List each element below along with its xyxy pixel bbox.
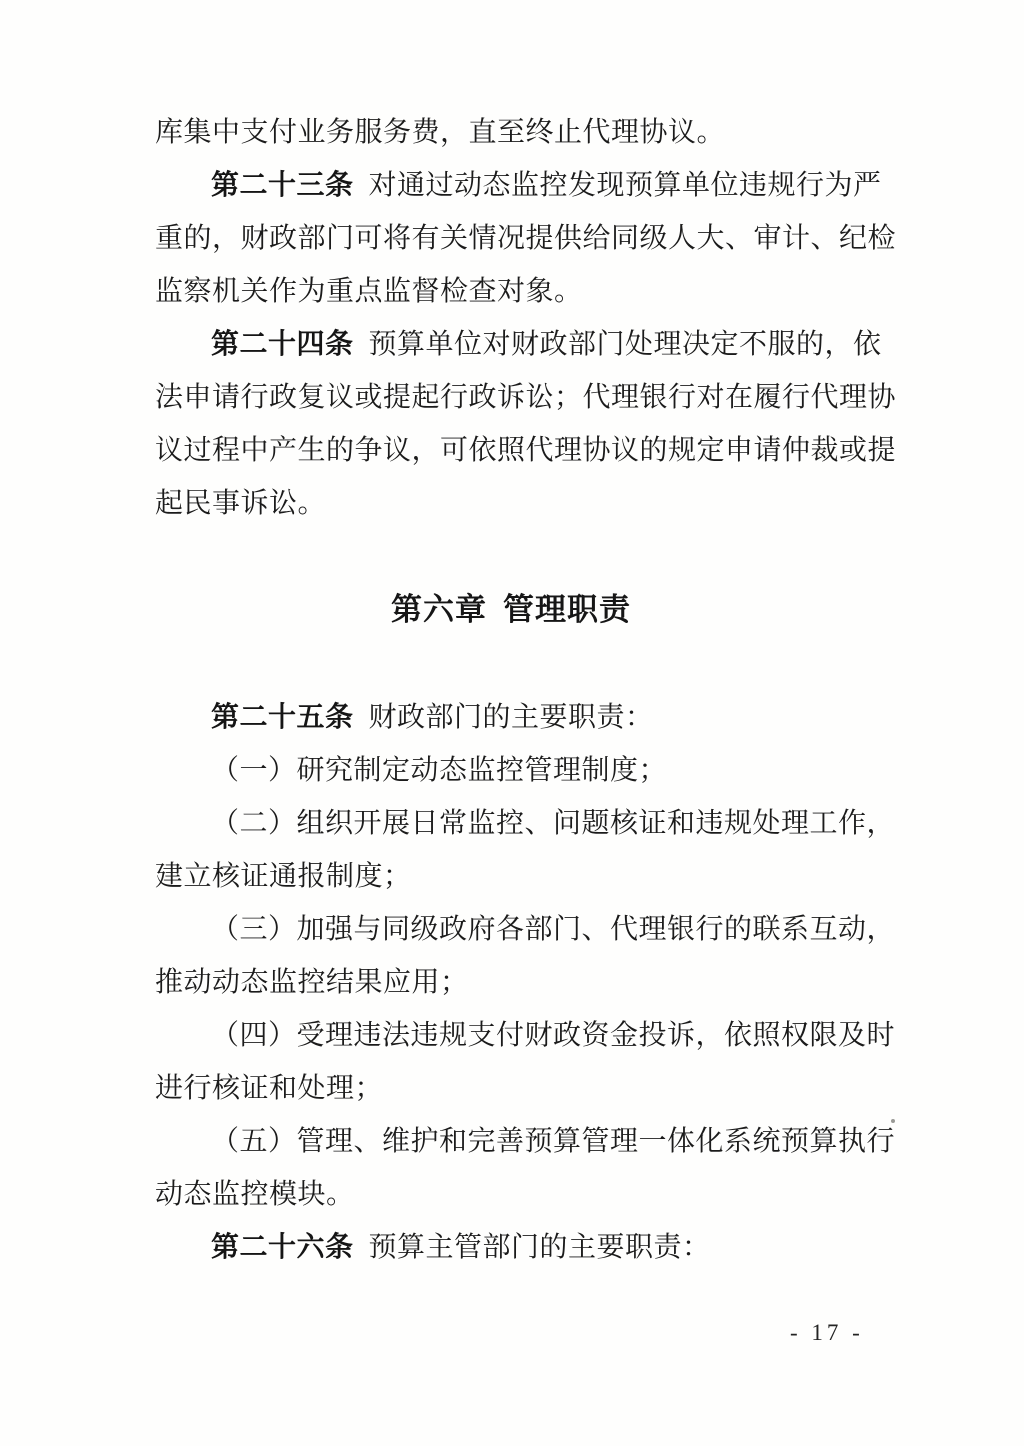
line-text: 库集中支付业务服务费，直至终止代理协议。: [155, 117, 725, 148]
article-line: 第二十六条预算主管部门的主要职责：: [155, 1221, 867, 1274]
page-number: - 17 -: [790, 1320, 864, 1346]
list-item-line: （一）研究制定动态监控管理制度；: [155, 744, 867, 797]
line-text: 法申请行政复议或提起行政诉讼；代理银行对在履行代理协: [155, 382, 896, 413]
text-line: 库集中支付业务服务费，直至终止代理协议。: [155, 106, 867, 159]
article-number: 第二十六条: [211, 1232, 354, 1263]
line-text: 动态监控模块。: [155, 1179, 355, 1210]
line-text: 议过程中产生的争议，可依照代理协议的规定申请仲裁或提: [155, 435, 896, 466]
line-text: （一）研究制定动态监控管理制度；: [211, 755, 667, 786]
line-text: 进行核证和处理；: [155, 1073, 383, 1104]
line-text: 起民事诉讼。: [155, 488, 326, 519]
line-text: （三）加强与同级政府各部门、代理银行的联系互动，: [211, 914, 895, 945]
text-line: 进行核证和处理；: [155, 1062, 867, 1115]
scan-artifact-dot: [891, 1119, 895, 1123]
article-line: 第二十五条财政部门的主要职责：: [155, 691, 867, 744]
list-item-line: （二）组织开展日常监控、问题核证和违规处理工作，: [155, 797, 867, 850]
text-line: 监察机关作为重点监督检查对象。: [155, 265, 867, 318]
line-text: （五）管理、维护和完善预算管理一体化系统预算执行: [211, 1126, 895, 1157]
line-text: 预算单位对财政部门处理决定不服的，依: [369, 329, 882, 360]
line-text: （二）组织开展日常监控、问题核证和违规处理工作，: [211, 808, 895, 839]
text-line: 议过程中产生的争议，可依照代理协议的规定申请仲裁或提: [155, 424, 867, 477]
line-text: 财政部门的主要职责：: [369, 702, 654, 733]
line-text: 建立核证通报制度；: [155, 861, 412, 892]
chapter-number: 第六章: [391, 592, 487, 627]
document-page: 库集中支付业务服务费，直至终止代理协议。 第二十三条对通过动态监控发现预算单位违…: [0, 0, 1024, 1446]
line-text: 预算主管部门的主要职责：: [369, 1232, 711, 1263]
chapter-heading: 第六章管理职责: [155, 583, 867, 636]
list-item-line: （三）加强与同级政府各部门、代理银行的联系互动，: [155, 903, 867, 956]
line-text: 对通过动态监控发现预算单位违规行为严: [369, 170, 882, 201]
text-line: 推动动态监控结果应用；: [155, 956, 867, 1009]
list-item-line: （五）管理、维护和完善预算管理一体化系统预算执行: [155, 1115, 867, 1168]
text-line: 起民事诉讼。: [155, 477, 867, 530]
line-text: （四）受理违法违规支付财政资金投诉，依照权限及时: [211, 1020, 895, 1051]
article-line: 第二十四条预算单位对财政部门处理决定不服的，依: [155, 318, 867, 371]
text-line: 法申请行政复议或提起行政诉讼；代理银行对在履行代理协: [155, 371, 867, 424]
article-number: 第二十五条: [211, 702, 354, 733]
article-line: 第二十三条对通过动态监控发现预算单位违规行为严: [155, 159, 867, 212]
article-number: 第二十三条: [211, 170, 354, 201]
chapter-title: 管理职责: [503, 592, 631, 627]
line-text: 重的，财政部门可将有关情况提供给同级人大、审计、纪检: [155, 223, 896, 254]
document-body: 库集中支付业务服务费，直至终止代理协议。 第二十三条对通过动态监控发现预算单位违…: [155, 106, 867, 1274]
text-line: 动态监控模块。: [155, 1168, 867, 1221]
text-line: 建立核证通报制度；: [155, 850, 867, 903]
line-text: 推动动态监控结果应用；: [155, 967, 469, 998]
text-line: 重的，财政部门可将有关情况提供给同级人大、审计、纪检: [155, 212, 867, 265]
list-item-line: （四）受理违法违规支付财政资金投诉，依照权限及时: [155, 1009, 867, 1062]
line-text: 监察机关作为重点监督检查对象。: [155, 276, 583, 307]
article-number: 第二十四条: [211, 329, 354, 360]
